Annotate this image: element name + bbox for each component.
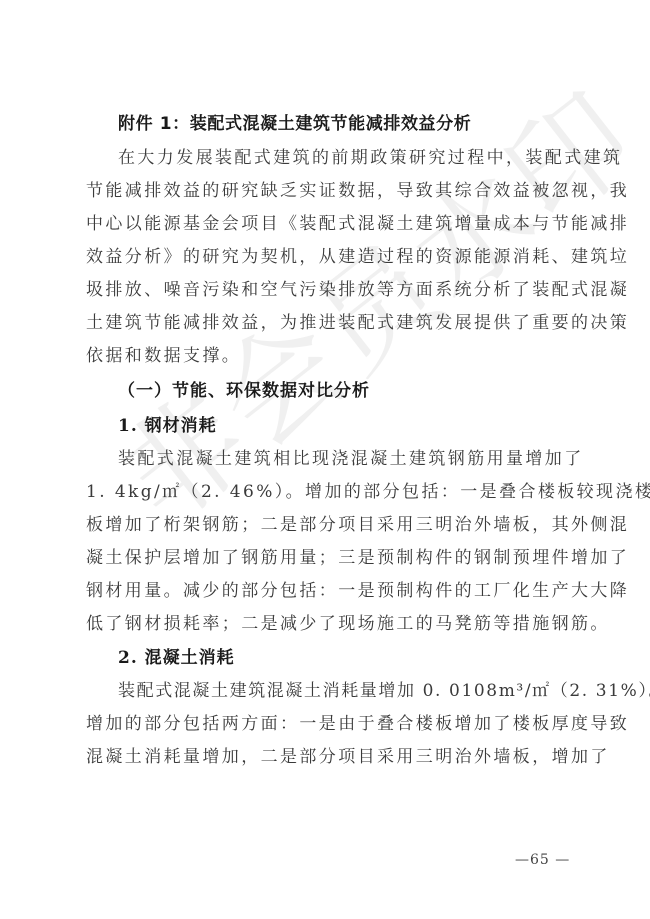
intro-line: 依据和数据支撑。	[86, 346, 586, 366]
intro-line: 节能减排效益的研究缺乏实证数据，导致其综合效益被忽视，我	[86, 181, 586, 201]
subsection-heading-steel: 1. 钢材消耗	[118, 416, 217, 436]
concrete-line: 装配式混凝土建筑混凝土消耗量增加 0. 0108m³/㎡（2. 31%）。	[118, 681, 618, 701]
intro-line: 土建筑节能减排效益，为推进装配式建筑发展提供了重要的决策	[86, 313, 586, 333]
document-title: 附件 1：装配式混凝土建筑节能减排效益分析	[118, 114, 471, 134]
concrete-line: 混凝土消耗量增加，二是部分项目采用三明治外墙板，增加了	[86, 747, 586, 767]
steel-line: 凝土保护层增加了钢筋用量；三是预制构件的钢制预埋件增加了	[86, 548, 586, 568]
steel-line: 低了钢材损耗率；二是减少了现场施工的马凳筋等措施钢筋。	[86, 614, 586, 634]
document-page: 非会员水印 附件 1：装配式混凝土建筑节能减排效益分析 在大力发展装配式建筑的前…	[0, 0, 650, 919]
steel-line: 板增加了桁架钢筋；二是部分项目采用三明治外墙板，其外侧混	[86, 515, 586, 535]
steel-line: 钢材用量。减少的部分包括：一是预制构件的工厂化生产大大降	[86, 581, 586, 601]
concrete-line: 增加的部分包括两方面：一是由于叠合楼板增加了楼板厚度导致	[86, 714, 586, 734]
steel-line: 1. 4kg/㎡（2. 46%）。增加的部分包括：一是叠合楼板较现浇楼	[86, 482, 586, 502]
subsection-heading-concrete: 2. 混凝土消耗	[118, 648, 235, 668]
steel-line: 装配式混凝土建筑相比现浇混凝土建筑钢筋用量增加了	[118, 449, 618, 469]
intro-line: 圾排放、噪音污染和空气污染排放等方面系统分析了装配式混凝	[86, 280, 586, 300]
intro-line: 效益分析》的研究为契机，从建造过程的资源能源消耗、建筑垃	[86, 247, 586, 267]
section-heading: （一）节能、环保数据对比分析	[118, 381, 370, 401]
intro-line: 中心以能源基金会项目《装配式混凝土建筑增量成本与节能减排	[86, 214, 586, 234]
page-number: —65 —	[515, 852, 570, 868]
intro-line: 在大力发展装配式建筑的前期政策研究过程中，装配式建筑	[118, 148, 618, 168]
